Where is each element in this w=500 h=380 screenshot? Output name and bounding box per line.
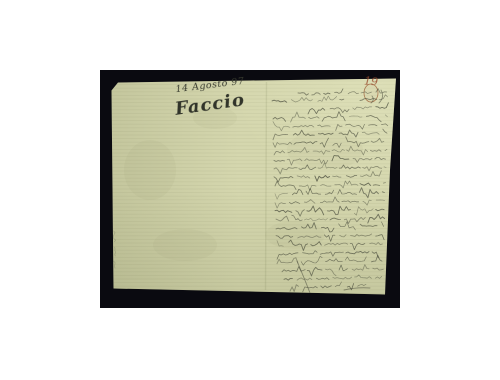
paper-stain	[193, 107, 237, 129]
paper-stain	[153, 229, 217, 261]
scanned-letter-page: 14 Agosto 97 Faccio 19	[0, 0, 500, 380]
paper-stain	[265, 221, 325, 249]
letter-scan-image	[0, 0, 500, 380]
paper-stain	[287, 130, 363, 170]
paper-stain	[124, 140, 176, 200]
